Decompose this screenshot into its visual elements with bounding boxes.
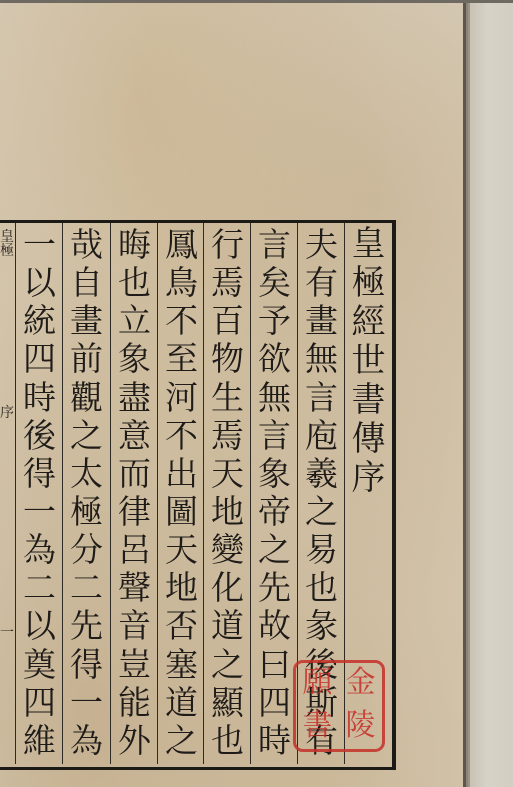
text-char: 予 [258, 304, 291, 338]
text-char: 奠 [23, 648, 56, 682]
text-char: 行 [211, 228, 244, 262]
text-char: 律 [118, 495, 151, 529]
title-char: 皇 [352, 228, 386, 262]
margin-text: 序 [0, 406, 14, 420]
text-char: 不 [165, 304, 198, 338]
margin-text: 皇極 [0, 230, 14, 258]
text-column-5: 鳳 鳥 不 至 河 不 出 圖 天 地 否 塞 道 之 [158, 226, 205, 762]
text-char: 畫 [70, 304, 103, 338]
text-char: 豈 [118, 648, 151, 682]
text-char: 無 [305, 342, 338, 376]
text-char: 羲 [305, 457, 338, 491]
text-char: 道 [211, 609, 244, 643]
text-char: 天 [211, 457, 244, 491]
text-char: 時 [23, 381, 56, 415]
text-char: 天 [165, 533, 198, 567]
page-edge [463, 3, 466, 787]
text-char: 以 [23, 609, 56, 643]
text-char: 分 [70, 533, 103, 567]
seal-char: 金 [339, 663, 382, 706]
text-char: 哉 [70, 228, 103, 262]
text-char: 不 [165, 419, 198, 453]
text-char: 一 [23, 495, 56, 529]
text-char: 後 [23, 419, 56, 453]
text-char: 至 [165, 342, 198, 376]
text-char: 畫 [305, 304, 338, 338]
text-char: 顯 [211, 686, 244, 720]
text-char: 維 [23, 724, 56, 758]
text-char: 四 [23, 686, 56, 720]
text-char: 極 [70, 495, 103, 529]
text-char: 地 [211, 495, 244, 529]
text-char: 四 [258, 686, 291, 720]
text-char: 統 [23, 304, 56, 338]
text-char: 一 [23, 228, 56, 262]
title-char: 世 [352, 345, 386, 379]
text-char: 先 [70, 609, 103, 643]
text-char: 之 [165, 724, 198, 758]
text-char: 之 [211, 648, 244, 682]
text-char: 物 [211, 342, 244, 376]
text-char: 否 [165, 609, 198, 643]
text-char: 矣 [258, 266, 291, 300]
text-char: 得 [70, 648, 103, 682]
margin-text: 一 [0, 626, 14, 640]
text-column-8: 一 以 統 四 時 後 得 一 為 二 以 奠 四 維 [16, 226, 63, 762]
text-char: 言 [258, 228, 291, 262]
title-char: 書 [352, 384, 386, 418]
seal-char: 陵 [339, 706, 382, 749]
seal-char: 願 [296, 663, 339, 706]
text-char: 故 [258, 609, 291, 643]
text-char: 塞 [165, 648, 198, 682]
text-char: 鳳 [165, 228, 198, 262]
text-char: 變 [211, 533, 244, 567]
text-char: 呂 [118, 533, 151, 567]
text-char: 生 [211, 381, 244, 415]
text-char: 四 [23, 342, 56, 376]
text-column-7: 哉 自 畫 前 觀 之 太 極 分 二 先 得 一 為 [63, 226, 110, 762]
text-char: 之 [305, 495, 338, 529]
text-char: 化 [211, 571, 244, 605]
text-char: 而 [118, 457, 151, 491]
text-char: 圖 [165, 495, 198, 529]
text-column-6: 晦 也 立 象 盡 意 而 律 呂 聲 音 豈 能 外 [111, 226, 158, 762]
text-char: 彖 [305, 609, 338, 643]
text-char: 意 [118, 419, 151, 453]
title-char: 序 [352, 462, 386, 496]
text-char: 出 [165, 457, 198, 491]
text-char: 二 [70, 571, 103, 605]
text-char: 自 [70, 266, 103, 300]
text-char: 鳥 [165, 266, 198, 300]
adjacent-page [470, 3, 513, 787]
text-char: 聲 [118, 571, 151, 605]
text-char: 也 [211, 724, 244, 758]
text-char: 外 [118, 724, 151, 758]
text-char: 為 [23, 533, 56, 567]
text-char: 帝 [258, 495, 291, 529]
text-char: 晦 [118, 228, 151, 262]
text-char: 地 [165, 571, 198, 605]
text-char: 能 [118, 686, 151, 720]
text-char: 時 [258, 724, 291, 758]
title-char: 經 [352, 306, 386, 340]
title-char: 傳 [352, 423, 386, 457]
text-char: 道 [165, 686, 198, 720]
text-char: 象 [258, 457, 291, 491]
title-char: 極 [352, 267, 386, 301]
text-char: 一 [70, 686, 103, 720]
text-column-3: 言 矣 予 欲 無 言 象 帝 之 先 故 曰 四 時 [251, 226, 298, 762]
text-char: 立 [118, 304, 151, 338]
text-char: 欲 [258, 342, 291, 376]
margin-column: 皇極 序 一 [0, 226, 14, 762]
text-char: 之 [70, 419, 103, 453]
text-char: 音 [118, 609, 151, 643]
text-char: 庖 [305, 419, 338, 453]
text-char: 百 [211, 304, 244, 338]
text-char: 焉 [211, 266, 244, 300]
text-char: 也 [118, 266, 151, 300]
text-char: 河 [165, 381, 198, 415]
text-char: 太 [70, 457, 103, 491]
text-char: 先 [258, 571, 291, 605]
red-seal-stamp: 願 金 書 陵 [293, 660, 385, 752]
text-char: 言 [258, 419, 291, 453]
text-char: 盡 [118, 381, 151, 415]
text-char: 象 [118, 342, 151, 376]
text-char: 二 [23, 571, 56, 605]
text-char: 言 [305, 381, 338, 415]
text-char: 前 [70, 342, 103, 376]
text-char: 觀 [70, 381, 103, 415]
text-char: 焉 [211, 419, 244, 453]
text-char: 以 [23, 266, 56, 300]
text-char: 有 [305, 266, 338, 300]
text-char: 曰 [258, 648, 291, 682]
text-char: 無 [258, 381, 291, 415]
text-char: 得 [23, 457, 56, 491]
text-char: 夫 [305, 228, 338, 262]
seal-char: 書 [296, 706, 339, 749]
text-column-4: 行 焉 百 物 生 焉 天 地 變 化 道 之 顯 也 [204, 226, 251, 762]
text-char: 之 [258, 533, 291, 567]
text-char: 為 [70, 724, 103, 758]
text-char: 易 [305, 533, 338, 567]
text-char: 也 [305, 571, 338, 605]
